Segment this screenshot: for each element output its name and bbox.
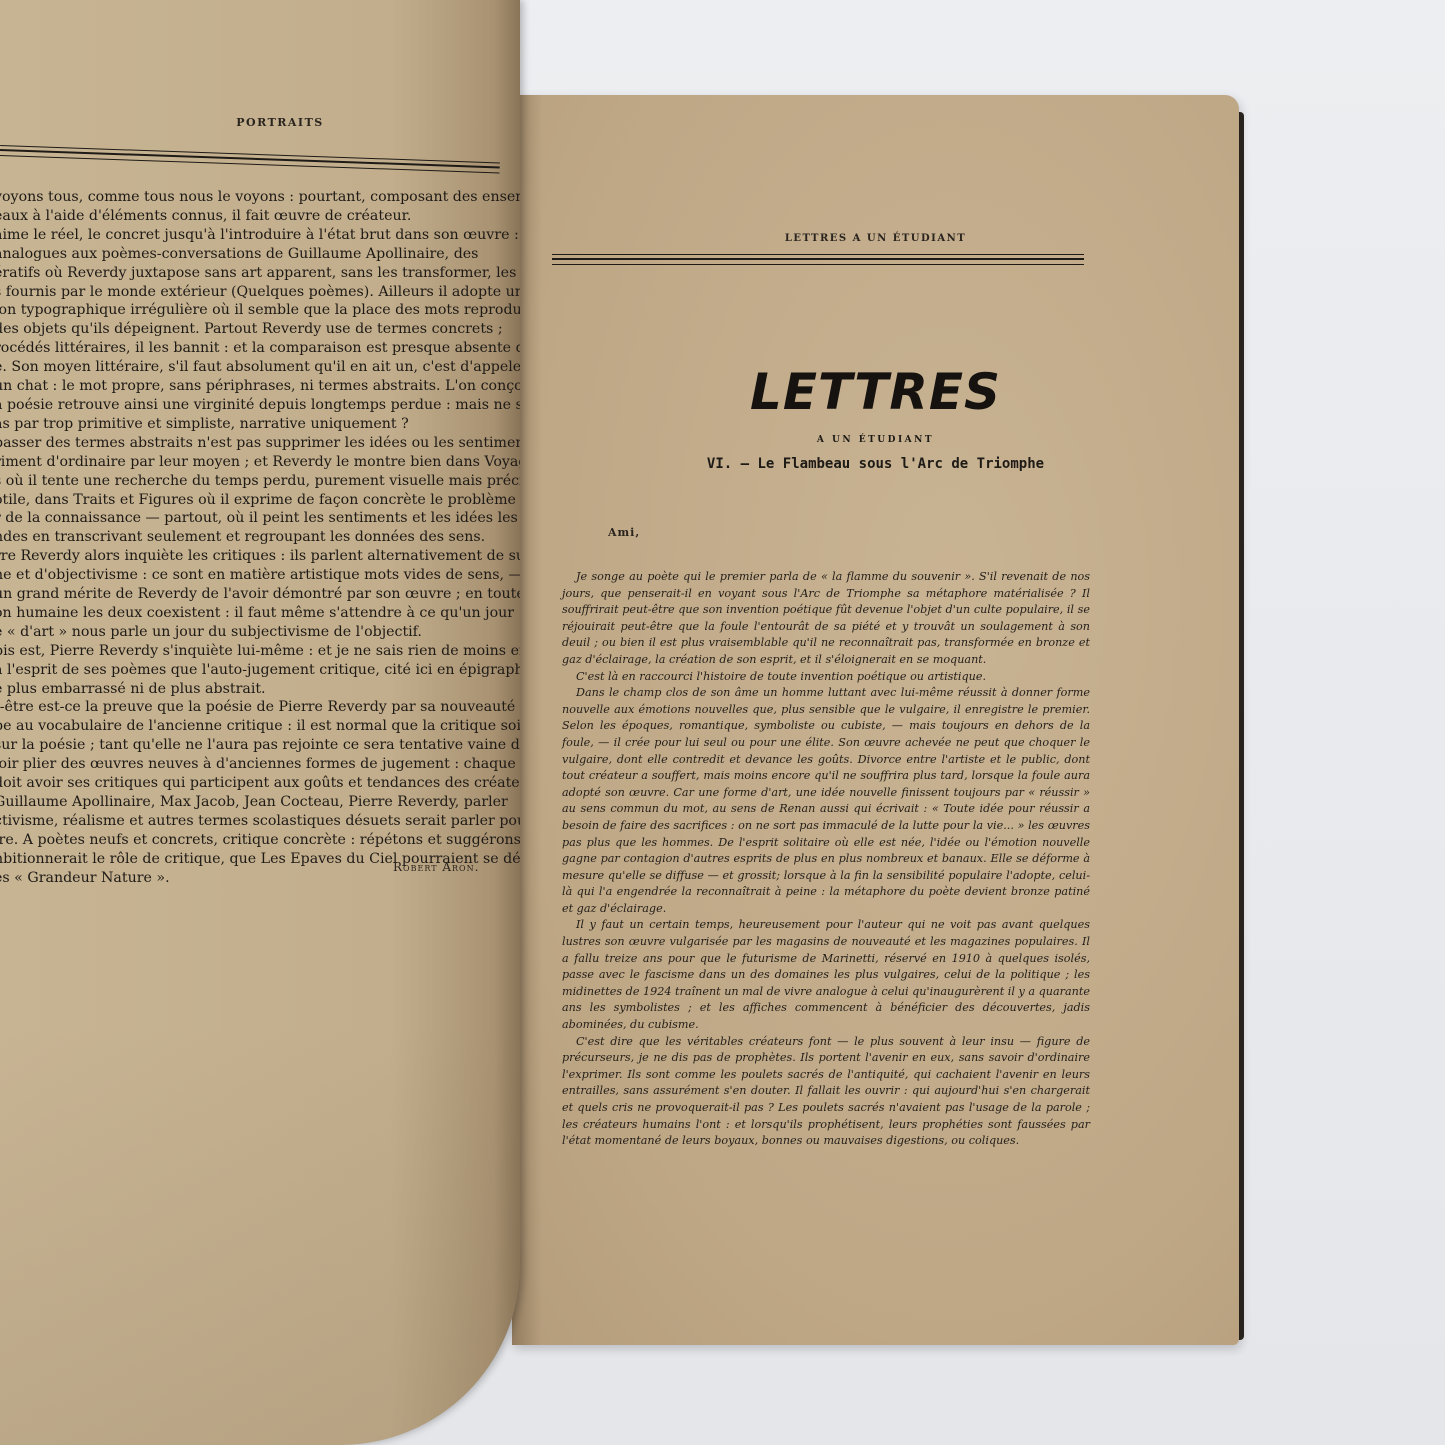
text-line: doit avoir ses critiques qui participent… (0, 774, 520, 793)
text-line: eaux à l'aide d'éléments connus, il fait… (0, 207, 520, 226)
text-line: otile, dans Traits et Figures où il expr… (0, 491, 520, 510)
essay-body: voyons tous, comme tous nous le voyons :… (0, 188, 520, 888)
text-line: e « d'art » nous parle un jour du subjec… (0, 623, 520, 642)
text-line: s fournis par le monde extérieur (Quelqu… (0, 283, 520, 302)
paragraph: C'est là en raccourci l'histoire de tout… (562, 669, 1090, 686)
text-line: on humaine les deux coexistent : il faut… (0, 604, 520, 623)
left-page: PORTRAITS voyons tous, comme tous nous l… (0, 0, 520, 1445)
header-rule-left (0, 149, 500, 168)
text-line: un grand mérite de Reverdy de l'avoir dé… (0, 585, 520, 604)
text-line: pe au vocabulaire de l'ancienne critique… (0, 717, 520, 736)
text-line: as par trop primitive et simpliste, narr… (0, 415, 520, 434)
text-line: rre Reverdy alors inquiète les critiques… (0, 547, 520, 566)
paragraph: Il y faut un certain temps, heureusement… (562, 917, 1090, 1033)
text-line: ndes en transcrivant seulement et regrou… (0, 528, 520, 547)
text-line: analogues aux poèmes-conversations de Gu… (0, 245, 520, 264)
text-line: un chat : le mot propre, sans périphrase… (0, 377, 520, 396)
text-line: r de la connaissance — partout, où il pe… (0, 509, 520, 528)
text-line: voyons tous, comme tous nous le voyons :… (0, 188, 520, 207)
text-line: t-être est-ce la preuve que la poésie de… (0, 698, 520, 717)
right-page: LETTRES A UN ÉTUDIANT LETTRES A UN ÉTUDI… (512, 95, 1239, 1345)
text-line: des objets qu'ils dépeignent. Partout Re… (0, 320, 520, 339)
paragraph: C'est dire que les véritables créateurs … (562, 1034, 1090, 1150)
text-line: ne et d'objectivisme : ce sont en matièr… (0, 566, 520, 585)
author-signature: Robert Aron. (393, 860, 479, 874)
text-line: e plus embarrassé ni de plus abstrait. (0, 680, 520, 699)
header-rule-right (552, 258, 1084, 260)
text-line: Guillaume Apollinaire, Max Jacob, Jean C… (0, 793, 520, 812)
text-line: ion typographique irrégulière où il semb… (0, 301, 520, 320)
letter-body: Je songe au poète qui le premier parla d… (562, 569, 1090, 1150)
text-line: loir plier des œuvres neuves à d'ancienn… (0, 755, 520, 774)
text-line: ire. A poètes neufs et concrets, critiqu… (0, 831, 520, 850)
chapter-heading: VI. — Le Flambeau sous l'Arc de Triomphe (512, 456, 1239, 472)
article-title: LETTRES (512, 363, 1239, 421)
text-line: pis est, Pierre Reverdy s'inquiète lui-m… (0, 642, 520, 661)
text-line: rocédés littéraires, il les bannit : et … (0, 339, 520, 358)
text-line: à l'esprit de ses poèmes que l'auto-juge… (0, 661, 520, 680)
text-line: passer des termes abstraits n'est pas su… (0, 434, 520, 453)
paragraph: Je songe au poète qui le premier parla d… (562, 569, 1090, 669)
text-line: ératifs où Reverdy juxtapose sans art ap… (0, 264, 520, 283)
text-line: aime le réel, le concret jusqu'à l'intro… (0, 226, 520, 245)
text-line: e. Son moyen littéraire, s'il faut absol… (0, 358, 520, 377)
text-line: a poésie retrouve ainsi une virginité de… (0, 396, 520, 415)
text-line: riment d'ordinaire par leur moyen ; et R… (0, 453, 520, 472)
running-head-left: PORTRAITS (0, 116, 520, 129)
salutation: Ami, (608, 526, 640, 539)
paragraph: Dans le champ clos de son âme un homme l… (562, 685, 1090, 917)
running-head-right: LETTRES A UN ÉTUDIANT (512, 233, 1239, 244)
text-line: s où il tente une recherche du temps per… (0, 472, 520, 491)
article-subtitle: A UN ÉTUDIANT (512, 435, 1239, 445)
text-line: sur la poésie ; tant qu'elle ne l'aura p… (0, 736, 520, 755)
text-line: ctivisme, réalisme et autres termes scol… (0, 812, 520, 831)
